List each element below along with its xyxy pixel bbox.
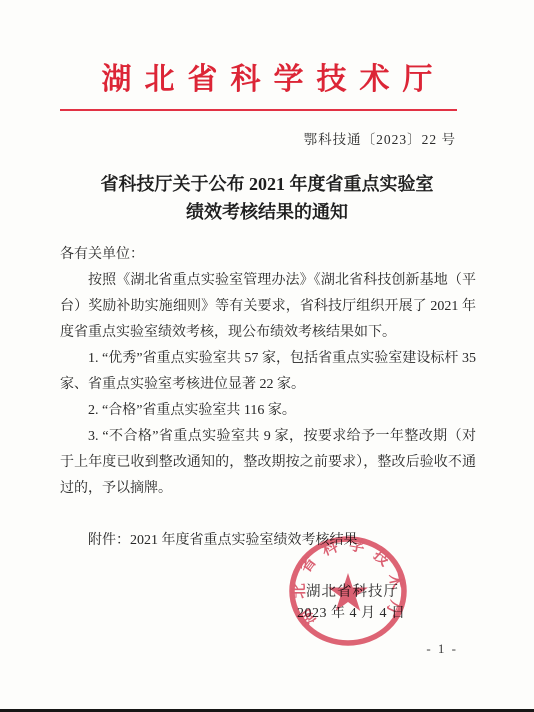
signature-agency: 湖北省科技厅 (306, 580, 399, 601)
document-title-line2: 绩效考核结果的通知 (0, 198, 534, 226)
body-paragraph-1: 按照《湖北省重点实验室管理办法》《湖北省科技创新基地（平台）奖励补助实施细则》等… (60, 268, 476, 346)
body-paragraph-3: 2. “合格”省重点实验室共 116 家。 (60, 398, 476, 424)
attachment-line: 附件：2021 年度省重点实验室绩效考核结果 (60, 528, 476, 554)
letterhead-divider-rule (60, 109, 457, 111)
body-paragraph-2: 1. “优秀”省重点实验室共 57 家，包括省重点实验室建设标杆 35 家、省重… (60, 346, 476, 398)
document-number: 鄂科技通〔2023〕22 号 (304, 128, 456, 148)
page-number: - 1 - (426, 641, 458, 657)
body-paragraph-4: 3. “不合格”省重点实验室共 9 家，按要求给予一年整改期（对于上年度已收到整… (60, 424, 476, 502)
document-title: 省科技厅关于公布 2021 年度省重点实验室 绩效考核结果的通知 (0, 170, 534, 226)
agency-letterhead: 湖北省科学技术厅 (0, 54, 534, 98)
document-page: 湖北省科学技术厅 鄂科技通〔2023〕22 号 省科技厅关于公布 2021 年度… (0, 0, 534, 712)
salutation: 各有关单位： (60, 242, 476, 268)
document-title-line1: 省科技厅关于公布 2021 年度省重点实验室 (0, 170, 534, 198)
document-body: 各有关单位： 按照《湖北省重点实验室管理办法》《湖北省科技创新基地（平台）奖励补… (60, 242, 476, 554)
signature-date: 2023 年 4 月 4 日 (297, 602, 406, 622)
